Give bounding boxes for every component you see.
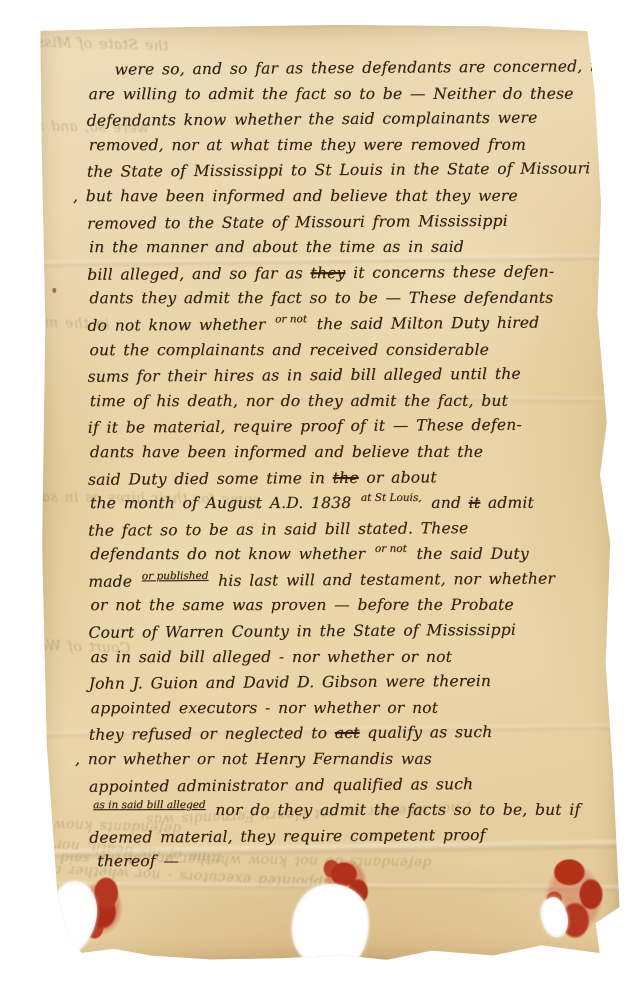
manuscript-line: as in said bill alleged nor do they admi… xyxy=(91,798,613,824)
manuscript-line: time of his death, nor do they admit the… xyxy=(90,388,612,414)
manuscript-line: are willing to admit the fact so to be —… xyxy=(89,81,611,107)
manuscript-line: dants they admit the fact so to be — The… xyxy=(89,286,611,312)
manuscript-line: do not know whether or not the said Milt… xyxy=(87,310,611,339)
document-page: the State of Mississippi to St Louis in … xyxy=(38,23,619,961)
manuscript-line: , but have been informed and believe tha… xyxy=(73,184,611,210)
manuscript-line: said Duty died some time in the or about xyxy=(88,464,612,493)
manuscript-line: sums for their hires as in said bill all… xyxy=(88,361,612,390)
manuscript-line: dants have been informed and believe tha… xyxy=(90,440,612,466)
manuscript-line: removed, nor at what time they were remo… xyxy=(89,132,611,158)
ink-speck xyxy=(52,288,56,293)
manuscript-line: Court of Warren County in the State of M… xyxy=(88,617,612,646)
manuscript-line: appointed administrator and qualified as… xyxy=(89,771,613,800)
manuscript-text: were so, and so far as these defendants … xyxy=(86,55,613,876)
manuscript-line: John J. Guion and David D. Gibson were t… xyxy=(89,668,613,697)
manuscript-line: were so, and so far as these defendants … xyxy=(86,54,610,83)
manuscript-line: the month of August A.D. 1838 at St Loui… xyxy=(90,491,612,517)
manuscript-line: or not the same was proven — before the … xyxy=(90,593,612,619)
manuscript-line: they refused or neglected to act qualify… xyxy=(89,720,613,749)
manuscript-line: out the complainants and received consid… xyxy=(89,337,611,363)
manuscript-line: the fact so to be as in said bill stated… xyxy=(88,515,612,544)
manuscript-line: as in said bill alleged - nor whether or… xyxy=(91,644,613,670)
scan-background: the State of Mississippi to St Louis in … xyxy=(0,0,640,992)
manuscript-line: , nor whether or not Henry Fernandis was xyxy=(75,747,613,773)
manuscript-line: deemed material, they require competent … xyxy=(89,822,613,851)
manuscript-line: appointed executors - nor whether or not xyxy=(91,696,613,722)
manuscript-line: made or published his last will and test… xyxy=(88,566,612,595)
manuscript-line: defendants do not know whether or not th… xyxy=(90,542,612,568)
bleedthrough-line: the State of Mississippi to St Louis in … xyxy=(0,24,169,54)
manuscript-line: defendants know whether the said complai… xyxy=(87,105,611,134)
manuscript-line: the State of Mississippi to St Louis in … xyxy=(87,156,611,185)
manuscript-line: bill alleged, and so far as they it conc… xyxy=(87,259,611,288)
manuscript-line: in the manner and about the time as in s… xyxy=(89,235,611,261)
manuscript-line: removed to the State of Missouri from Mi… xyxy=(87,208,611,237)
manuscript-line: if it be material, require proof of it —… xyxy=(88,412,612,441)
